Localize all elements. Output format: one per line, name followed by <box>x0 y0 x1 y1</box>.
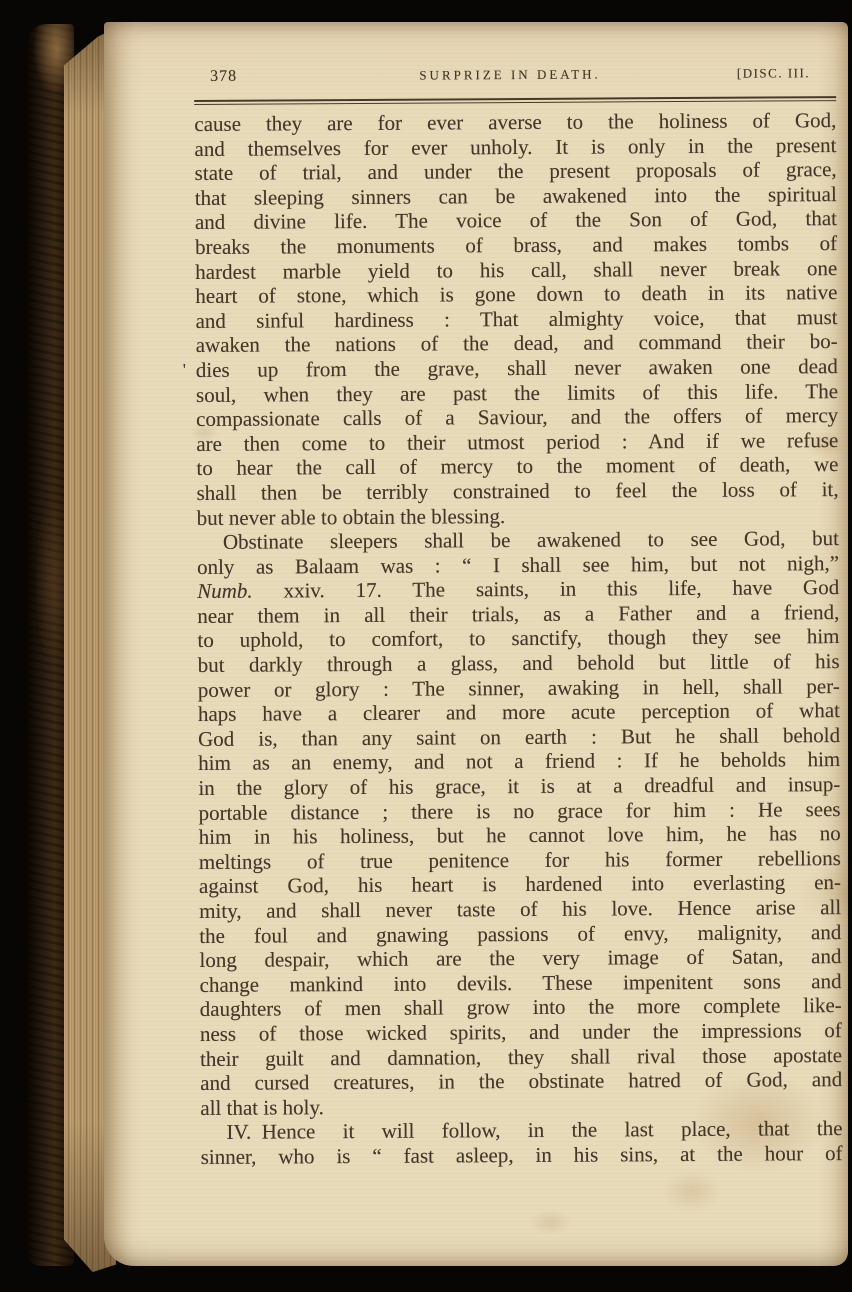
paragraph: cause they are for ever averse to the ho… <box>194 108 839 530</box>
header-rule <box>194 96 836 105</box>
page-content: 378 SURPRIZE IN DEATH. [DISC. III. cause… <box>194 64 843 1169</box>
book-page: 378 SURPRIZE IN DEATH. [DISC. III. cause… <box>104 22 848 1266</box>
section-label: [DISC. III. <box>737 65 810 81</box>
text-body: cause they are for ever averse to the ho… <box>194 108 842 1169</box>
paragraph: Obstinate sleepers shall be awakened to … <box>197 526 843 1120</box>
running-title: SURPRIZE IN DEATH. <box>419 67 601 84</box>
text-line: sinner, who is “ fast asleep, in his sin… <box>201 1141 843 1170</box>
page-number: 378 <box>210 67 419 86</box>
page-header: 378 SURPRIZE IN DEATH. [DISC. III. <box>194 64 836 90</box>
paragraph: IV. Hence it will follow, in the last pl… <box>200 1116 842 1169</box>
margin-quote-mark: ' <box>183 358 186 383</box>
